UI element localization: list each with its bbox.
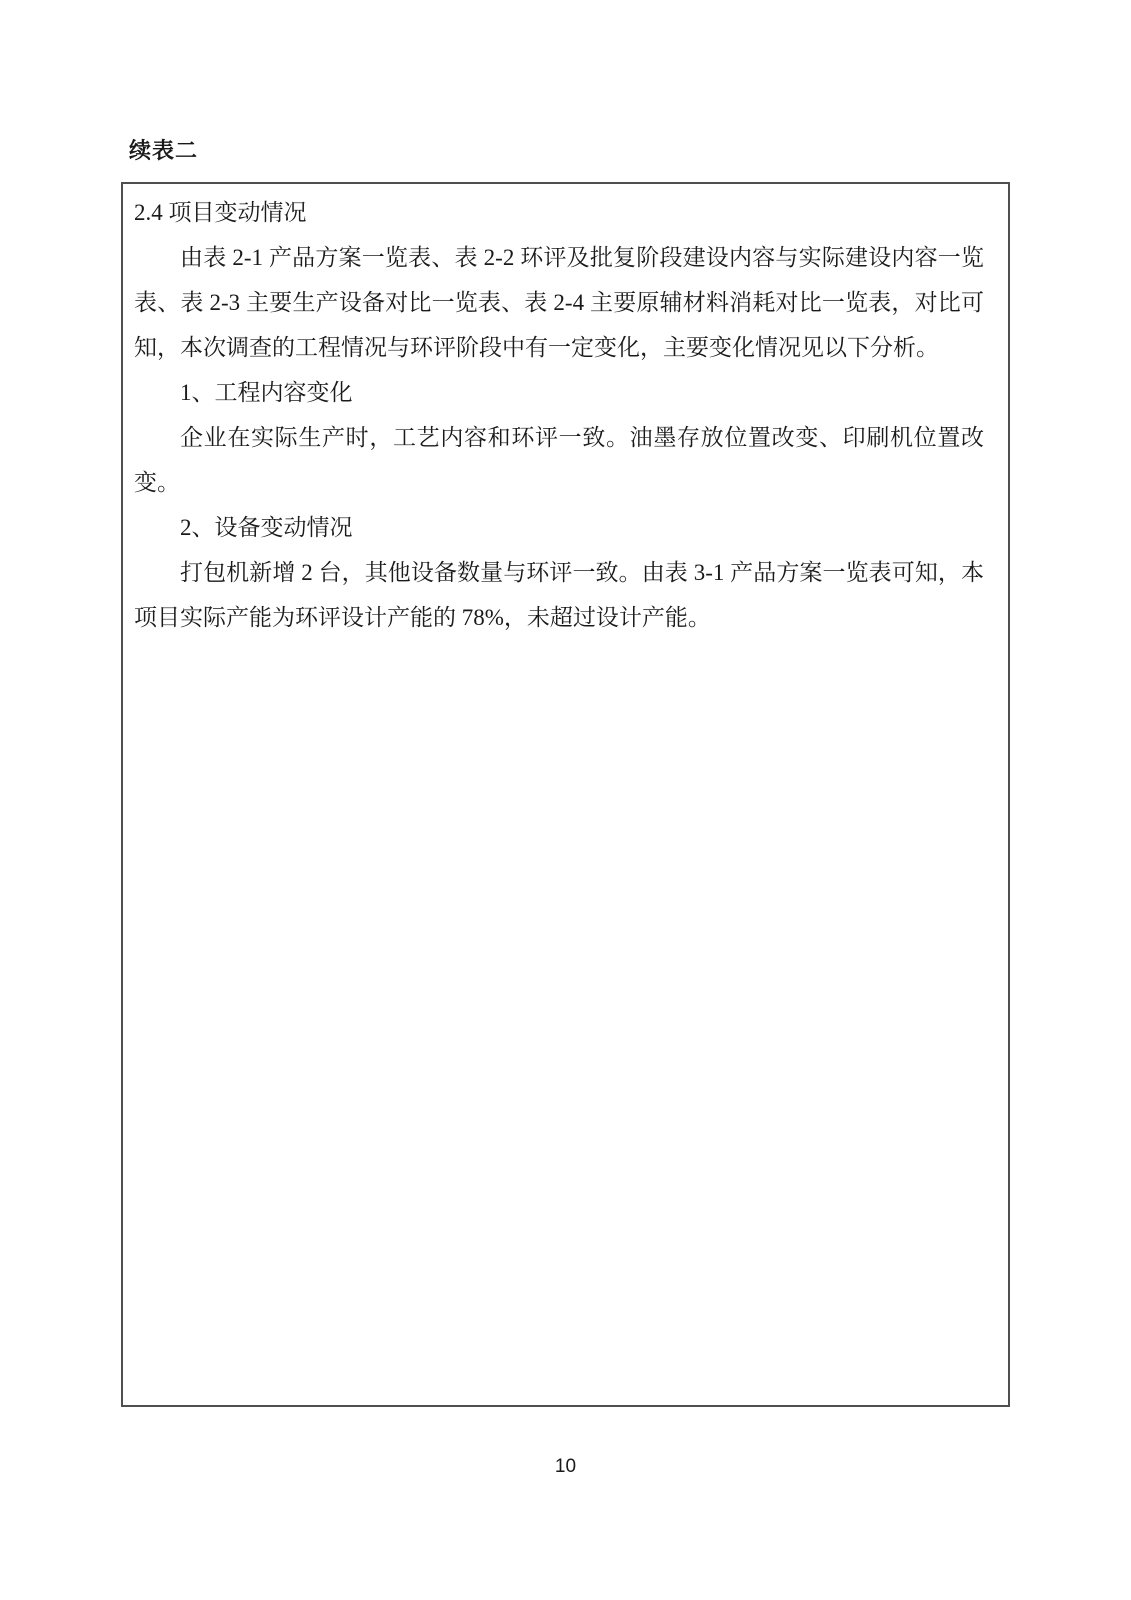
item2-body: 打包机新增 2 台，其他设备数量与环评一致。由表 3-1 产品方案一览表可知，本…: [134, 550, 984, 640]
item2-heading: 2、设备变动情况: [134, 505, 984, 550]
item1-body: 企业在实际生产时，工艺内容和环评一致。油墨存放位置改变、印刷机位置改变。: [134, 415, 984, 505]
continued-table-label: 续表二: [129, 134, 198, 165]
page-number: 10: [0, 1456, 1131, 1478]
intro-paragraph: 由表 2-1 产品方案一览表、表 2-2 环评及批复阶段建设内容与实际建设内容一…: [134, 235, 984, 370]
document-page: { "page": { "continued_label": "续表二", "p…: [0, 0, 1131, 1600]
section-title: 2.4 项目变动情况: [134, 190, 984, 235]
section-table-cell: 2.4 项目变动情况 由表 2-1 产品方案一览表、表 2-2 环评及批复阶段建…: [121, 182, 1010, 1407]
item1-heading: 1、工程内容变化: [134, 370, 984, 415]
